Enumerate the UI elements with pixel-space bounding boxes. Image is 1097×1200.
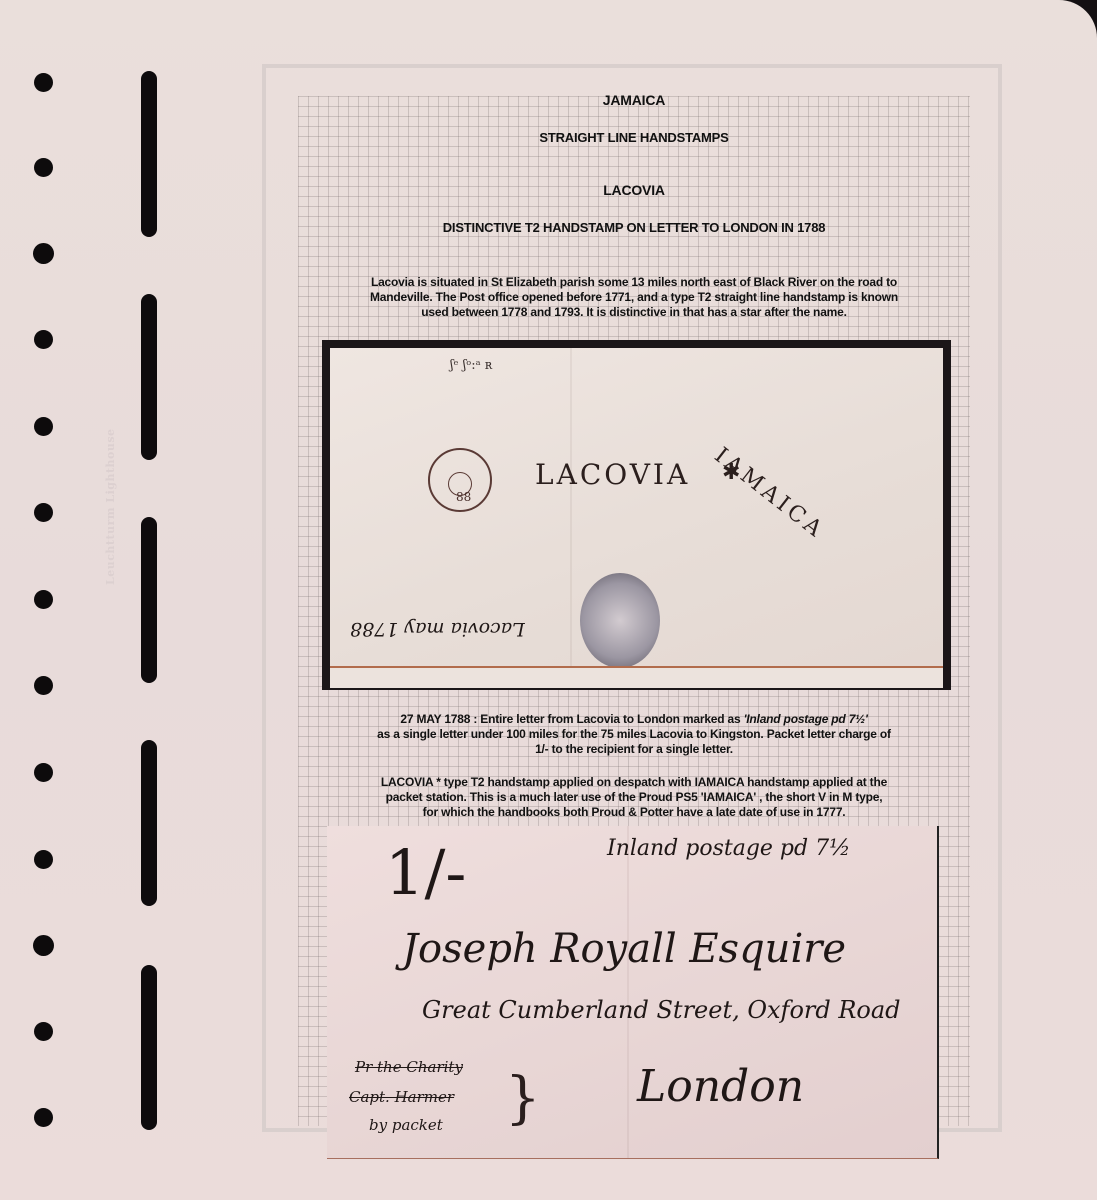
punch-hole — [34, 417, 53, 436]
city: London — [637, 1061, 804, 1112]
intro-line: used between 1778 and 1793. It is distin… — [300, 305, 968, 320]
bishop-mark: 88 — [428, 448, 492, 512]
fold-line — [570, 348, 572, 666]
binder-slot — [141, 517, 157, 683]
album-page: Leuchtturm Lighthouse JAMAICA STRAIGHT L… — [0, 0, 1097, 1200]
binder-slot — [141, 71, 157, 237]
lacovia-handstamp: LACOVIA — [535, 458, 690, 491]
route-note: by packet — [369, 1116, 443, 1134]
item-date: 27 MAY 1788 — [400, 712, 470, 726]
heading-country: JAMAICA — [300, 93, 968, 109]
letter-back-image: ʃᵉ ʃᵒ:ᵃ ʀ 88 LACOVIA ✱ IAMAICA Lacovia m… — [330, 348, 943, 666]
letter-front-image: 1/- Inland postage pd 7½ Joseph Royall E… — [327, 826, 939, 1159]
notes-line: for which the handbooks both Proud & Pot… — [300, 805, 968, 820]
brace: } — [505, 1066, 541, 1131]
item-line: as a single letter under 100 miles for t… — [300, 727, 968, 742]
top-manuscript-mark: ʃᵉ ʃᵒ:ᵃ ʀ — [450, 358, 492, 373]
ship-name-struck: Pr the Charity — [355, 1058, 463, 1076]
binder-slot — [141, 740, 157, 906]
punch-hole — [34, 763, 53, 782]
notes-paragraph: LACOVIA * type T2 handstamp applied on d… — [300, 775, 968, 820]
fold-line — [627, 826, 629, 1158]
captain-name-struck: Capt. Harmer — [349, 1088, 454, 1106]
punch-hole — [34, 1108, 53, 1127]
item-description: 27 MAY 1788 : Entire letter from Lacovia… — [300, 712, 968, 757]
heading-section: STRAIGHT LINE HANDSTAMPS — [300, 130, 968, 146]
heading-subtitle: DISTINCTIVE T2 HANDSTAMP ON LETTER TO LO… — [300, 220, 968, 236]
punch-hole — [34, 73, 53, 92]
item-separator: : — [473, 712, 477, 726]
intro-line: Lacovia is situated in St Elizabeth pari… — [300, 275, 968, 290]
notes-line: packet station. This is a much later use… — [300, 790, 968, 805]
docket-note: Lacovia may 1788 — [350, 618, 525, 640]
wax-seal — [580, 573, 660, 666]
item-line: 27 MAY 1788 : Entire letter from Lacovia… — [300, 712, 968, 727]
letter-back-fold — [330, 666, 943, 688]
punch-hole — [34, 676, 53, 695]
page-watermark: Leuchtturm Lighthouse — [104, 428, 117, 585]
punch-hole — [34, 330, 53, 349]
punch-hole — [34, 503, 53, 522]
punch-hole — [33, 935, 54, 956]
item-quote: 'Inland postage pd 7½' — [744, 712, 868, 726]
bishop-mark-year: 88 — [456, 490, 471, 504]
punch-hole — [34, 590, 53, 609]
packet-charge: 1/- — [385, 836, 466, 909]
binder-slot — [141, 965, 157, 1130]
street-address: Great Cumberland Street, Oxford Road — [422, 996, 901, 1024]
intro-paragraph: Lacovia is situated in St Elizabeth pari… — [300, 275, 968, 320]
inland-postage-note: Inland postage pd 7½ — [607, 836, 850, 861]
punch-hole — [33, 243, 54, 264]
item-line: 1/- to the recipient for a single letter… — [300, 742, 968, 757]
notes-line: LACOVIA * type T2 handstamp applied on d… — [300, 775, 968, 790]
intro-line: Mandeville. The Post office opened befor… — [300, 290, 968, 305]
addressee: Joseph Royall Esquire — [402, 926, 846, 972]
punch-hole — [34, 158, 53, 177]
heading-town: LACOVIA — [300, 183, 968, 199]
binder-slot — [141, 294, 157, 460]
punch-hole — [34, 1022, 53, 1041]
iamaica-handstamp: IAMAICA — [710, 443, 830, 544]
item-desc: Entire letter from Lacovia to London mar… — [480, 712, 740, 726]
punch-hole — [34, 850, 53, 869]
